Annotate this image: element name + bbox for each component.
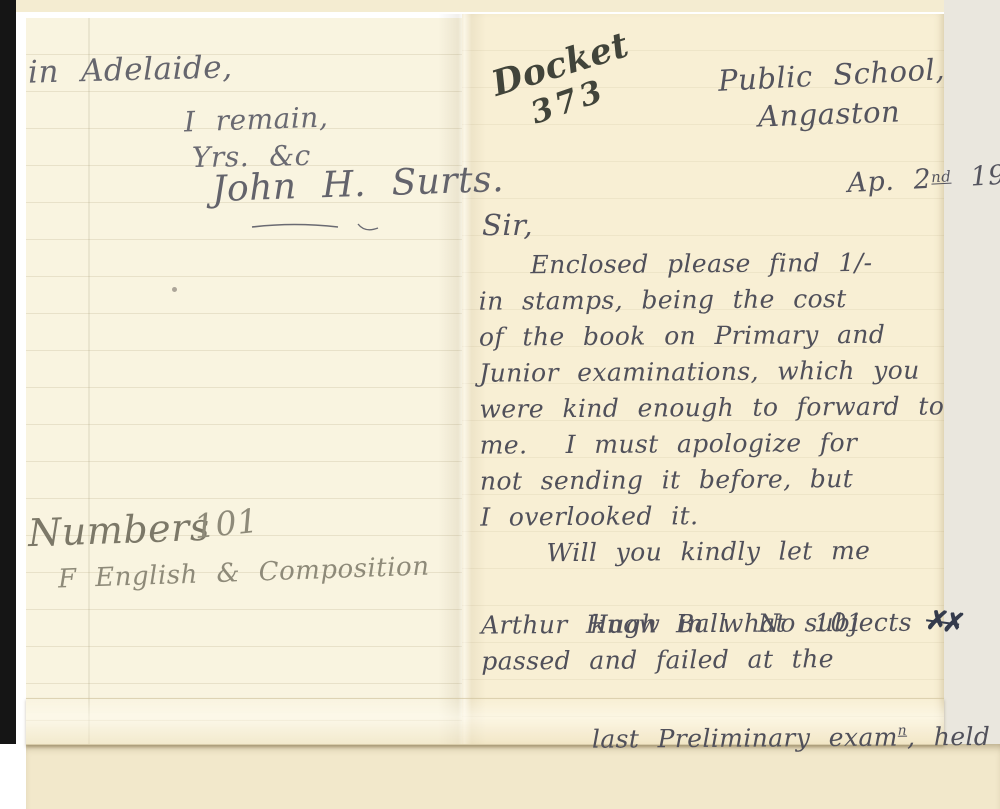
date-prefix: Ap. 2 xyxy=(847,164,932,199)
letter-body: Enclosed please find 1/- in stamps, bein… xyxy=(478,244,957,715)
body-line: Will you kindly let me xyxy=(480,532,956,571)
body-line: I overlooked it. xyxy=(480,496,956,535)
paper-speck xyxy=(172,287,177,292)
body-line: passed and failed at the xyxy=(481,640,957,679)
body-line: of the book on Primary and xyxy=(479,316,955,355)
heading-date: Ap. 2nd 1901 xyxy=(768,127,1000,234)
date-year: 1901 xyxy=(950,158,1000,194)
struck-out-mark: ✗✗ xyxy=(924,602,962,642)
salutation: Sir, xyxy=(482,208,533,242)
left-page-crease xyxy=(88,18,90,744)
exam-prefix: last Preliminary exam xyxy=(592,723,898,754)
pencil-candidate-number: 101 xyxy=(192,501,260,547)
body-line: not sending it before, but xyxy=(480,460,956,499)
body-line-with-strikeout: know in what subjects✗✗ xyxy=(481,568,957,607)
body-line: Enclosed please find 1/- xyxy=(478,244,954,283)
pencil-numbers-label: Numbers xyxy=(27,505,210,555)
date-ordinal: nd xyxy=(931,167,952,186)
heading-town: Angaston xyxy=(757,95,900,134)
closing-i-remain: I remain, xyxy=(183,100,328,138)
backing-sheet-top xyxy=(16,0,1000,12)
body-line: were kind enough to forward to xyxy=(479,388,955,427)
letter-photograph: in Adelaide, I remain, Yrs. &c John H. S… xyxy=(0,0,1000,809)
signature-flourish xyxy=(246,218,396,236)
body-line: me. I must apologize for xyxy=(480,424,956,463)
exam-superscript: n xyxy=(898,723,907,739)
exam-suffix: , held xyxy=(907,722,990,752)
body-line: in stamps, being the cost xyxy=(479,280,955,319)
closing-place: in Adelaide, xyxy=(28,49,233,90)
scan-black-border xyxy=(0,0,16,744)
body-line: Junior examinations, which you xyxy=(479,352,955,391)
body-line-exam: last Preliminary examn, held xyxy=(481,676,957,715)
